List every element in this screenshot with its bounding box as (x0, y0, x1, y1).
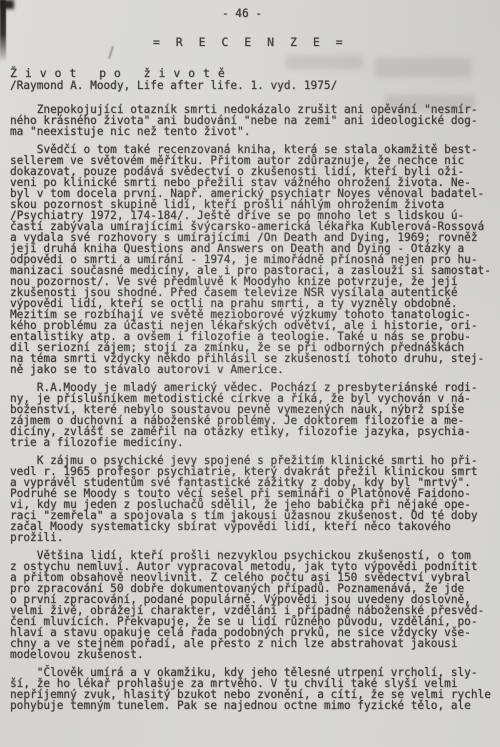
title-block: Ž i v o t p o ž i v o t ě /Raymond A. Mo… (10, 68, 500, 91)
paragraph: R.A.Moody je mladý americký vědec. Pochá… (10, 382, 500, 448)
scanned-document-page: - 46 - = R E C E N Z E = Ž i v o t p o ž… (0, 0, 500, 747)
section-header: = R E C E N Z E = (0, 36, 500, 48)
paragraph: "Člověk umírá a v okamžiku, kdy jeho těl… (10, 667, 500, 711)
paragraph: K zájmu o psychické jevy spojené s přeži… (10, 455, 500, 543)
book-subtitle: /Raymond A. Moody, Life after life. 1. v… (10, 80, 500, 92)
paragraph: Znepokojující otazník smrti nedokázalo z… (10, 104, 500, 137)
paragraph: Většina lidí, kteří prošli nezvyklou psy… (10, 550, 500, 660)
page-number: - 46 - (0, 8, 492, 19)
review-body: Znepokojující otazník smrti nedokázalo z… (10, 104, 500, 711)
paragraph: Svědčí o tom také recenzovaná kniha, kte… (10, 144, 500, 375)
book-title: Ž i v o t p o ž i v o t ě (10, 68, 500, 80)
